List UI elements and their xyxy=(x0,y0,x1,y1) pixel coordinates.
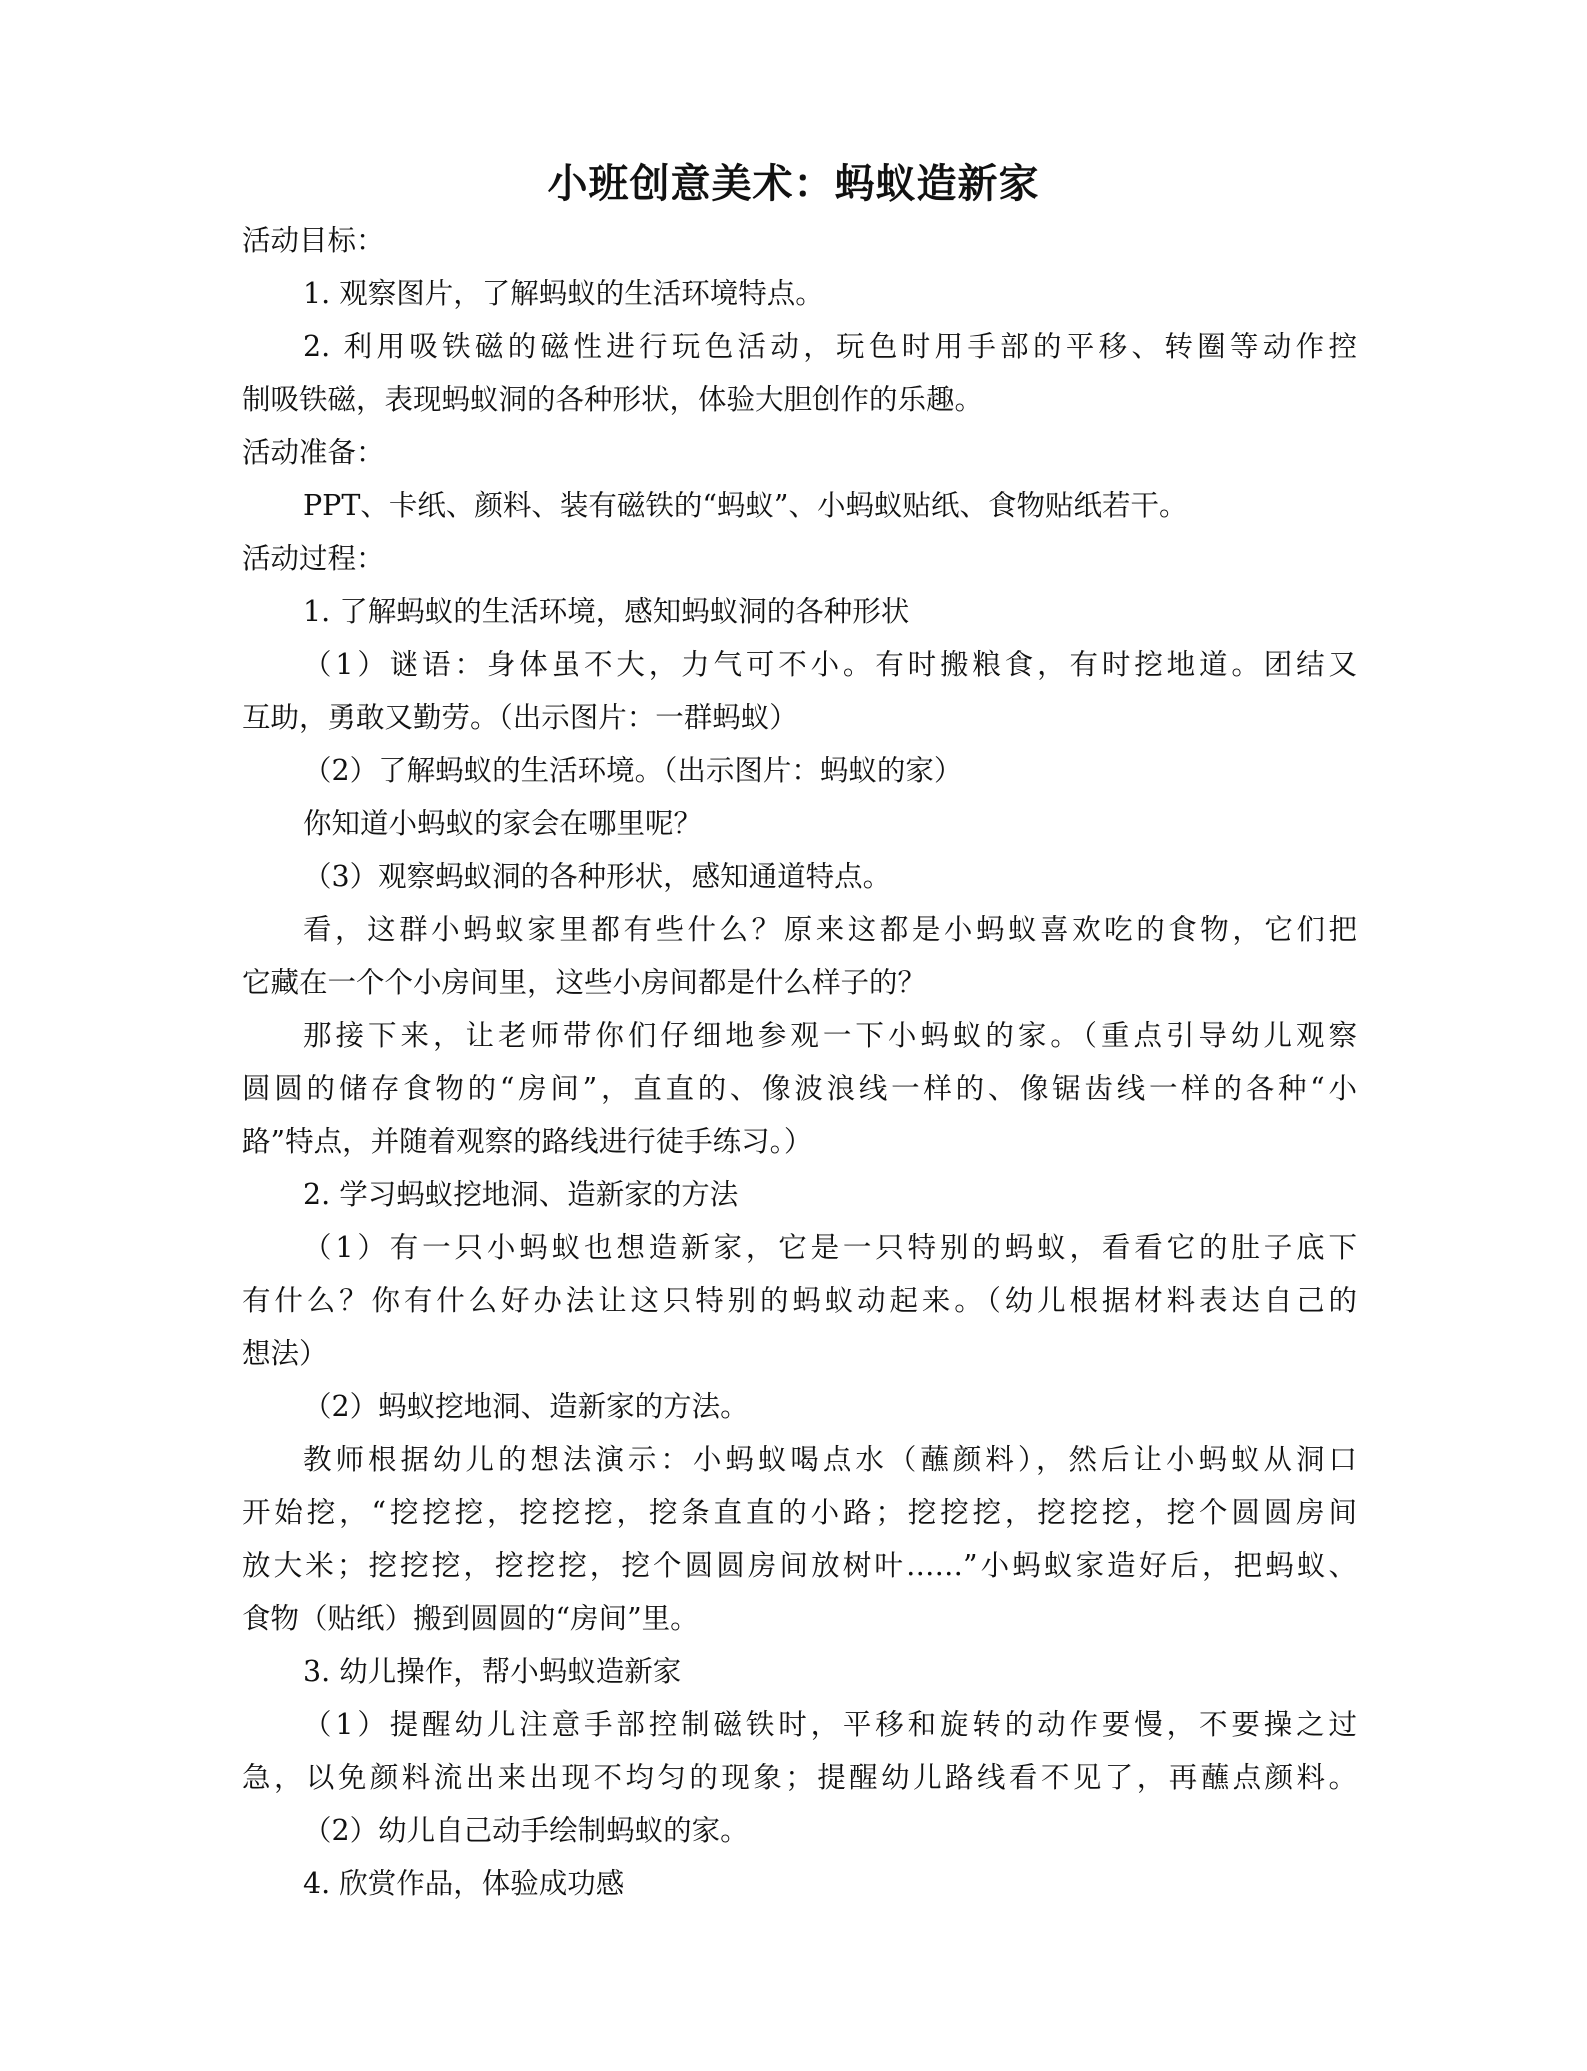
paragraph-line: 圆圆的储存食物的“房间”，直直的、像波浪线一样的、像锯齿线一样的各种“小 xyxy=(242,1072,1357,1106)
paragraph-line: 1. 了解蚂蚁的生活环境，感知蚂蚁洞的各种形状 xyxy=(303,595,1357,629)
paragraph-line: PPT、卡纸、颜料、装有磁铁的“蚂蚁”、小蚂蚁贴纸、食物贴纸若干。 xyxy=(303,489,1357,523)
paragraph-line: 教师根据幼儿的想法演示：小蚂蚁喝点水（蘸颜料），然后让小蚂蚁从洞口 xyxy=(303,1443,1357,1477)
paragraph-line: 4. 欣赏作品，体验成功感 xyxy=(303,1867,1357,1901)
paragraph-line: 开始挖，“挖挖挖，挖挖挖，挖条直直的小路；挖挖挖，挖挖挖，挖个圆圆房间 xyxy=(242,1496,1357,1530)
paragraph-line: 路”特点，并随着观察的路线进行徒手练习。） xyxy=(242,1125,1357,1159)
paragraph-line: 活动目标： xyxy=(242,224,1357,258)
paragraph-line: 2. 学习蚂蚁挖地洞、造新家的方法 xyxy=(303,1178,1357,1212)
paragraph-line: 食物（贴纸）搬到圆圆的“房间”里。 xyxy=(242,1602,1357,1636)
document-title: 小班创意美术：蚂蚁造新家 xyxy=(0,152,1587,209)
paragraph-line: 它藏在一个个小房间里，这些小房间都是什么样子的？ xyxy=(242,966,1357,1000)
paragraph-line: 活动过程： xyxy=(242,542,1357,576)
paragraph-line: 放大米；挖挖挖，挖挖挖，挖个圆圆房间放树叶……”小蚂蚁家造好后，把蚂蚁、 xyxy=(242,1549,1357,1583)
paragraph-line: 想法） xyxy=(242,1337,1357,1371)
paragraph-line: 有什么？你有什么好办法让这只特别的蚂蚁动起来。（幼儿根据材料表达自己的 xyxy=(242,1284,1357,1318)
paragraph-line: 互助，勇敢又勤劳。（出示图片：一群蚂蚁） xyxy=(242,701,1357,735)
paragraph-line: 3. 幼儿操作，帮小蚂蚁造新家 xyxy=(303,1655,1357,1689)
paragraph-line: （1）有一只小蚂蚁也想造新家，它是一只特别的蚂蚁，看看它的肚子底下 xyxy=(303,1231,1357,1265)
paragraph-line: （1）提醒幼儿注意手部控制磁铁时，平移和旋转的动作要慢，不要操之过 xyxy=(303,1708,1357,1742)
paragraph-line: （2）了解蚂蚁的生活环境。（出示图片：蚂蚁的家） xyxy=(303,754,1357,788)
paragraph-line: 那接下来，让老师带你们仔细地参观一下小蚂蚁的家。（重点引导幼儿观察 xyxy=(303,1019,1357,1053)
paragraph-line: （2）幼儿自己动手绘制蚂蚁的家。 xyxy=(303,1814,1357,1848)
paragraph-line: 制吸铁磁，表现蚂蚁洞的各种形状，体验大胆创作的乐趣。 xyxy=(242,383,1357,417)
paragraph-line: （2）蚂蚁挖地洞、造新家的方法。 xyxy=(303,1390,1357,1424)
paragraph-line: 活动准备： xyxy=(242,436,1357,470)
paragraph-line: 1. 观察图片，了解蚂蚁的生活环境特点。 xyxy=(303,277,1357,311)
paragraph-line: 2. 利用吸铁磁的磁性进行玩色活动，玩色时用手部的平移、转圈等动作控 xyxy=(303,330,1357,364)
paragraph-line: （1）谜语：身体虽不大，力气可不小。有时搬粮食，有时挖地道。团结又 xyxy=(303,648,1357,682)
paragraph-line: 你知道小蚂蚁的家会在哪里呢？ xyxy=(303,807,1357,841)
paragraph-line: 急，以免颜料流出来出现不均匀的现象；提醒幼儿路线看不见了，再蘸点颜料。 xyxy=(242,1761,1357,1795)
paragraph-line: 看，这群小蚂蚁家里都有些什么？原来这都是小蚂蚁喜欢吃的食物，它们把 xyxy=(303,913,1357,947)
paragraph-line: （3）观察蚂蚁洞的各种形状，感知通道特点。 xyxy=(303,860,1357,894)
